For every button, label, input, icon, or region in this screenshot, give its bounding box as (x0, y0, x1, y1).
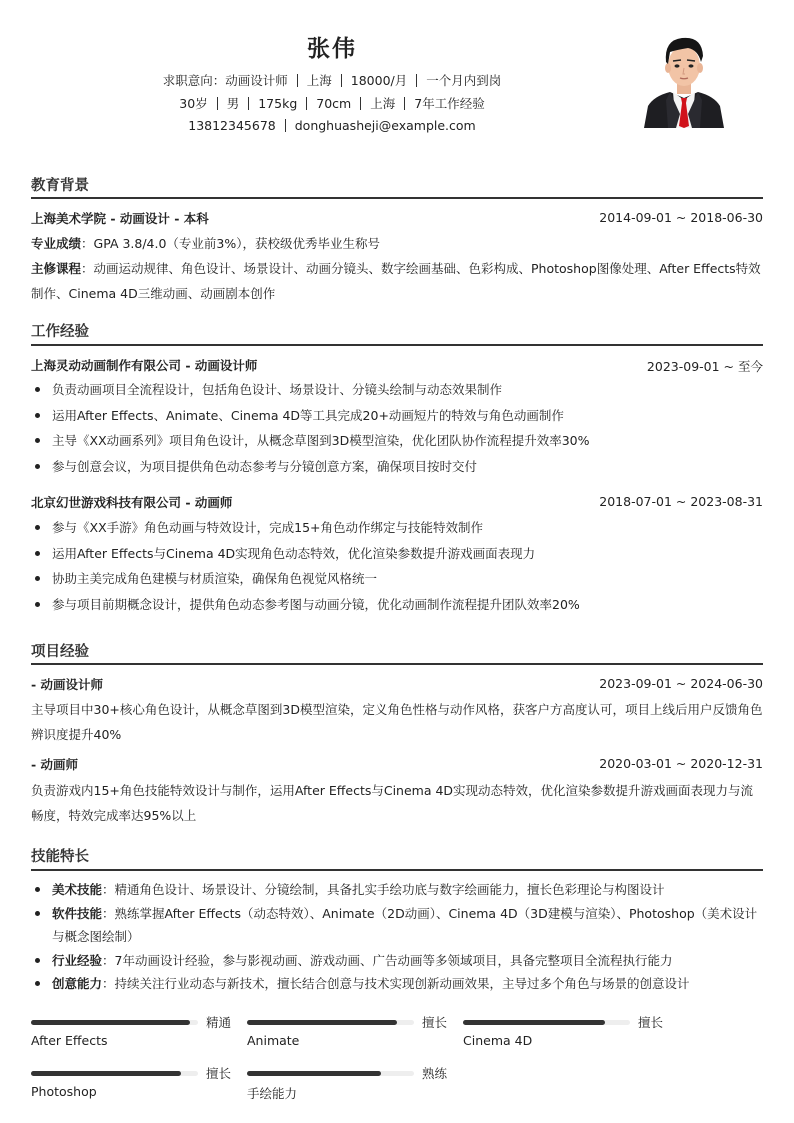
courses-row: 主修课程：动画运动规律、角色设计、场景设计、动画分镜头、数字绘画基础、色彩构成、… (31, 256, 763, 306)
separator (248, 97, 249, 110)
separator (285, 119, 286, 132)
job-intent: 求职意向：动画设计师 (163, 73, 288, 88)
grades-label: 专业成绩 (31, 236, 81, 251)
intent-city: 上海 (307, 73, 332, 88)
skill-track (247, 1071, 414, 1076)
education-date: 2014-09-01 ~ 2018-06-30 (599, 210, 763, 225)
project-description: 负责游戏内15+角色技能特效设计与制作，运用After Effects与Cine… (31, 778, 763, 828)
grades-row: 专业成绩：GPA 3.8/4.0（专业前3%），获校级优秀毕业生称号 (31, 231, 763, 256)
list-item: 行业经验：7年动画设计经验，参与影视动画、游戏动画、广告动画等多领域项目，具备完… (31, 949, 763, 973)
project-date: 2020-03-01 ~ 2020-12-31 (599, 756, 763, 771)
list-item: 运用After Effects与Cinema 4D实现角色动态特效，优化渲染参数… (31, 541, 763, 567)
skill-text: ：7年动画设计经验，参与影视动画、游戏动画、广告动画等多领域项目，具备完整项目全… (102, 953, 672, 968)
grades-text: ：GPA 3.8/4.0（专业前3%），获校级优秀毕业生称号 (81, 236, 380, 251)
list-item: 参与创意会议，为项目提供角色动态参考与分镜创意方案，确保项目按时交付 (31, 454, 763, 480)
skill-fill (463, 1020, 605, 1025)
skill-text: ：持续关注行业动态与新技术，擅长结合创意与技术实现创新动画效果，主导过多个角色与… (102, 976, 690, 991)
skill-level: 熟练 (422, 1064, 447, 1082)
list-item: 运用After Effects、Animate、Cinema 4D等工具完成20… (31, 403, 763, 429)
separator (297, 74, 298, 87)
skill-level: 擅长 (422, 1013, 447, 1031)
separator (404, 97, 405, 110)
skill-name: Photoshop (31, 1084, 97, 1099)
section-divider (31, 869, 763, 871)
avatar-illustration-icon (640, 28, 728, 128)
availability: 一个月内到岗 (426, 73, 501, 88)
email[interactable]: donghuasheji@example.com (295, 118, 476, 133)
skill-track (247, 1020, 414, 1025)
job-bullets: 负责动画项目全流程设计，包括角色设计、场景设计、分镜头绘制与动态效果制作 运用A… (31, 377, 763, 479)
job-intent-line: 求职意向：动画设计师上海18000/月一个月内到岗 (0, 71, 664, 89)
skill-text: ：精通角色设计、场景设计、分镜绘制，具备扎实手绘功底与数字绘画能力，擅长色彩理论… (102, 882, 665, 897)
work-years: 7年工作经验 (414, 96, 484, 111)
age: 30岁 (179, 96, 207, 111)
skill-name: Animate (247, 1033, 299, 1048)
skill-fill (31, 1020, 190, 1025)
project-description: 主导项目中30+核心角色设计，从概念草图到3D模型渲染，定义角色性格与动作风格，… (31, 697, 763, 747)
section-divider (31, 344, 763, 346)
list-item: 协助主美完成角色建模与材质渲染，确保角色视觉风格统一 (31, 566, 763, 592)
education-details: 专业成绩：GPA 3.8/4.0（专业前3%），获校级优秀毕业生称号 主修课程：… (31, 231, 763, 306)
separator (416, 74, 417, 87)
skill-label: 美术技能 (52, 882, 102, 897)
separator (217, 97, 218, 110)
skill-level: 擅长 (206, 1064, 231, 1082)
skill-fill (31, 1071, 181, 1076)
list-item: 主导《XX动画系列》项目角色设计，从概念草图到3D模型渲染，优化团队协作流程提升… (31, 428, 763, 454)
skill-name: Cinema 4D (463, 1033, 532, 1048)
job-bullets: 参与《XX手游》角色动画与特效设计，完成15+角色动作绑定与技能特效制作 运用A… (31, 515, 763, 617)
section-divider (31, 197, 763, 199)
expected-salary: 18000/月 (351, 73, 407, 88)
separator (306, 97, 307, 110)
phone[interactable]: 13812345678 (188, 118, 275, 133)
skill-text: ：熟练掌握After Effects（动态特效）、Animate（2D动画）、C… (52, 906, 757, 945)
separator (360, 97, 361, 110)
job-date: 2023-09-01 ~ 至今 (647, 357, 763, 375)
avatar (640, 28, 728, 128)
residence: 上海 (370, 96, 395, 111)
personal-info-line: 30岁男175kg70cm上海7年工作经验 (0, 94, 664, 112)
contact-line: 13812345678donghuasheji@example.com (0, 118, 664, 133)
separator (341, 74, 342, 87)
courses-label: 主修课程 (31, 261, 81, 276)
section-divider (31, 663, 763, 665)
skill-label: 创意能力 (52, 976, 102, 991)
skill-level: 精通 (206, 1013, 231, 1031)
candidate-name: 张伟 (0, 30, 664, 63)
weight: 175kg (258, 96, 297, 111)
section-title-projects: 项目经验 (31, 640, 89, 661)
skill-label: 软件技能 (52, 906, 102, 921)
skill-level: 擅长 (638, 1013, 663, 1031)
skill-fill (247, 1020, 397, 1025)
skill-name: After Effects (31, 1033, 107, 1048)
skill-bullets: 美术技能：精通角色设计、场景设计、分镜绘制，具备扎实手绘功底与数字绘画能力，擅长… (31, 878, 763, 996)
skill-track (463, 1020, 630, 1025)
skill-fill (247, 1071, 381, 1076)
section-title-skills: 技能特长 (31, 845, 89, 866)
skill-name: 手绘能力 (247, 1084, 297, 1102)
project-date: 2023-09-01 ~ 2024-06-30 (599, 676, 763, 691)
height: 70cm (316, 96, 351, 111)
section-title-work: 工作经验 (31, 320, 89, 341)
resume-page: 张伟 求职意向：动画设计师上海18000/月一个月内到岗 30岁男175kg70… (0, 0, 794, 1123)
list-item: 参与项目前期概念设计，提供角色动态参考图与动画分镜，优化动画制作流程提升团队效率… (31, 592, 763, 618)
list-item: 软件技能：熟练掌握After Effects（动态特效）、Animate（2D动… (31, 902, 763, 949)
skill-track (31, 1071, 198, 1076)
list-item: 负责动画项目全流程设计，包括角色设计、场景设计、分镜头绘制与动态效果制作 (31, 377, 763, 403)
gender: 男 (227, 96, 240, 111)
list-item: 创意能力：持续关注行业动态与新技术，擅长结合创意与技术实现创新动画效果，主导过多… (31, 972, 763, 996)
skill-label: 行业经验 (52, 953, 102, 968)
section-title-education: 教育背景 (31, 174, 89, 195)
job-date: 2018-07-01 ~ 2023-08-31 (599, 494, 763, 509)
skill-track (31, 1020, 198, 1025)
list-item: 参与《XX手游》角色动画与特效设计，完成15+角色动作绑定与技能特效制作 (31, 515, 763, 541)
courses-text: ：动画运动规律、角色设计、场景设计、动画分镜头、数字绘画基础、色彩构成、Phot… (31, 261, 761, 301)
list-item: 美术技能：精通角色设计、场景设计、分镜绘制，具备扎实手绘功底与数字绘画能力，擅长… (31, 878, 763, 902)
